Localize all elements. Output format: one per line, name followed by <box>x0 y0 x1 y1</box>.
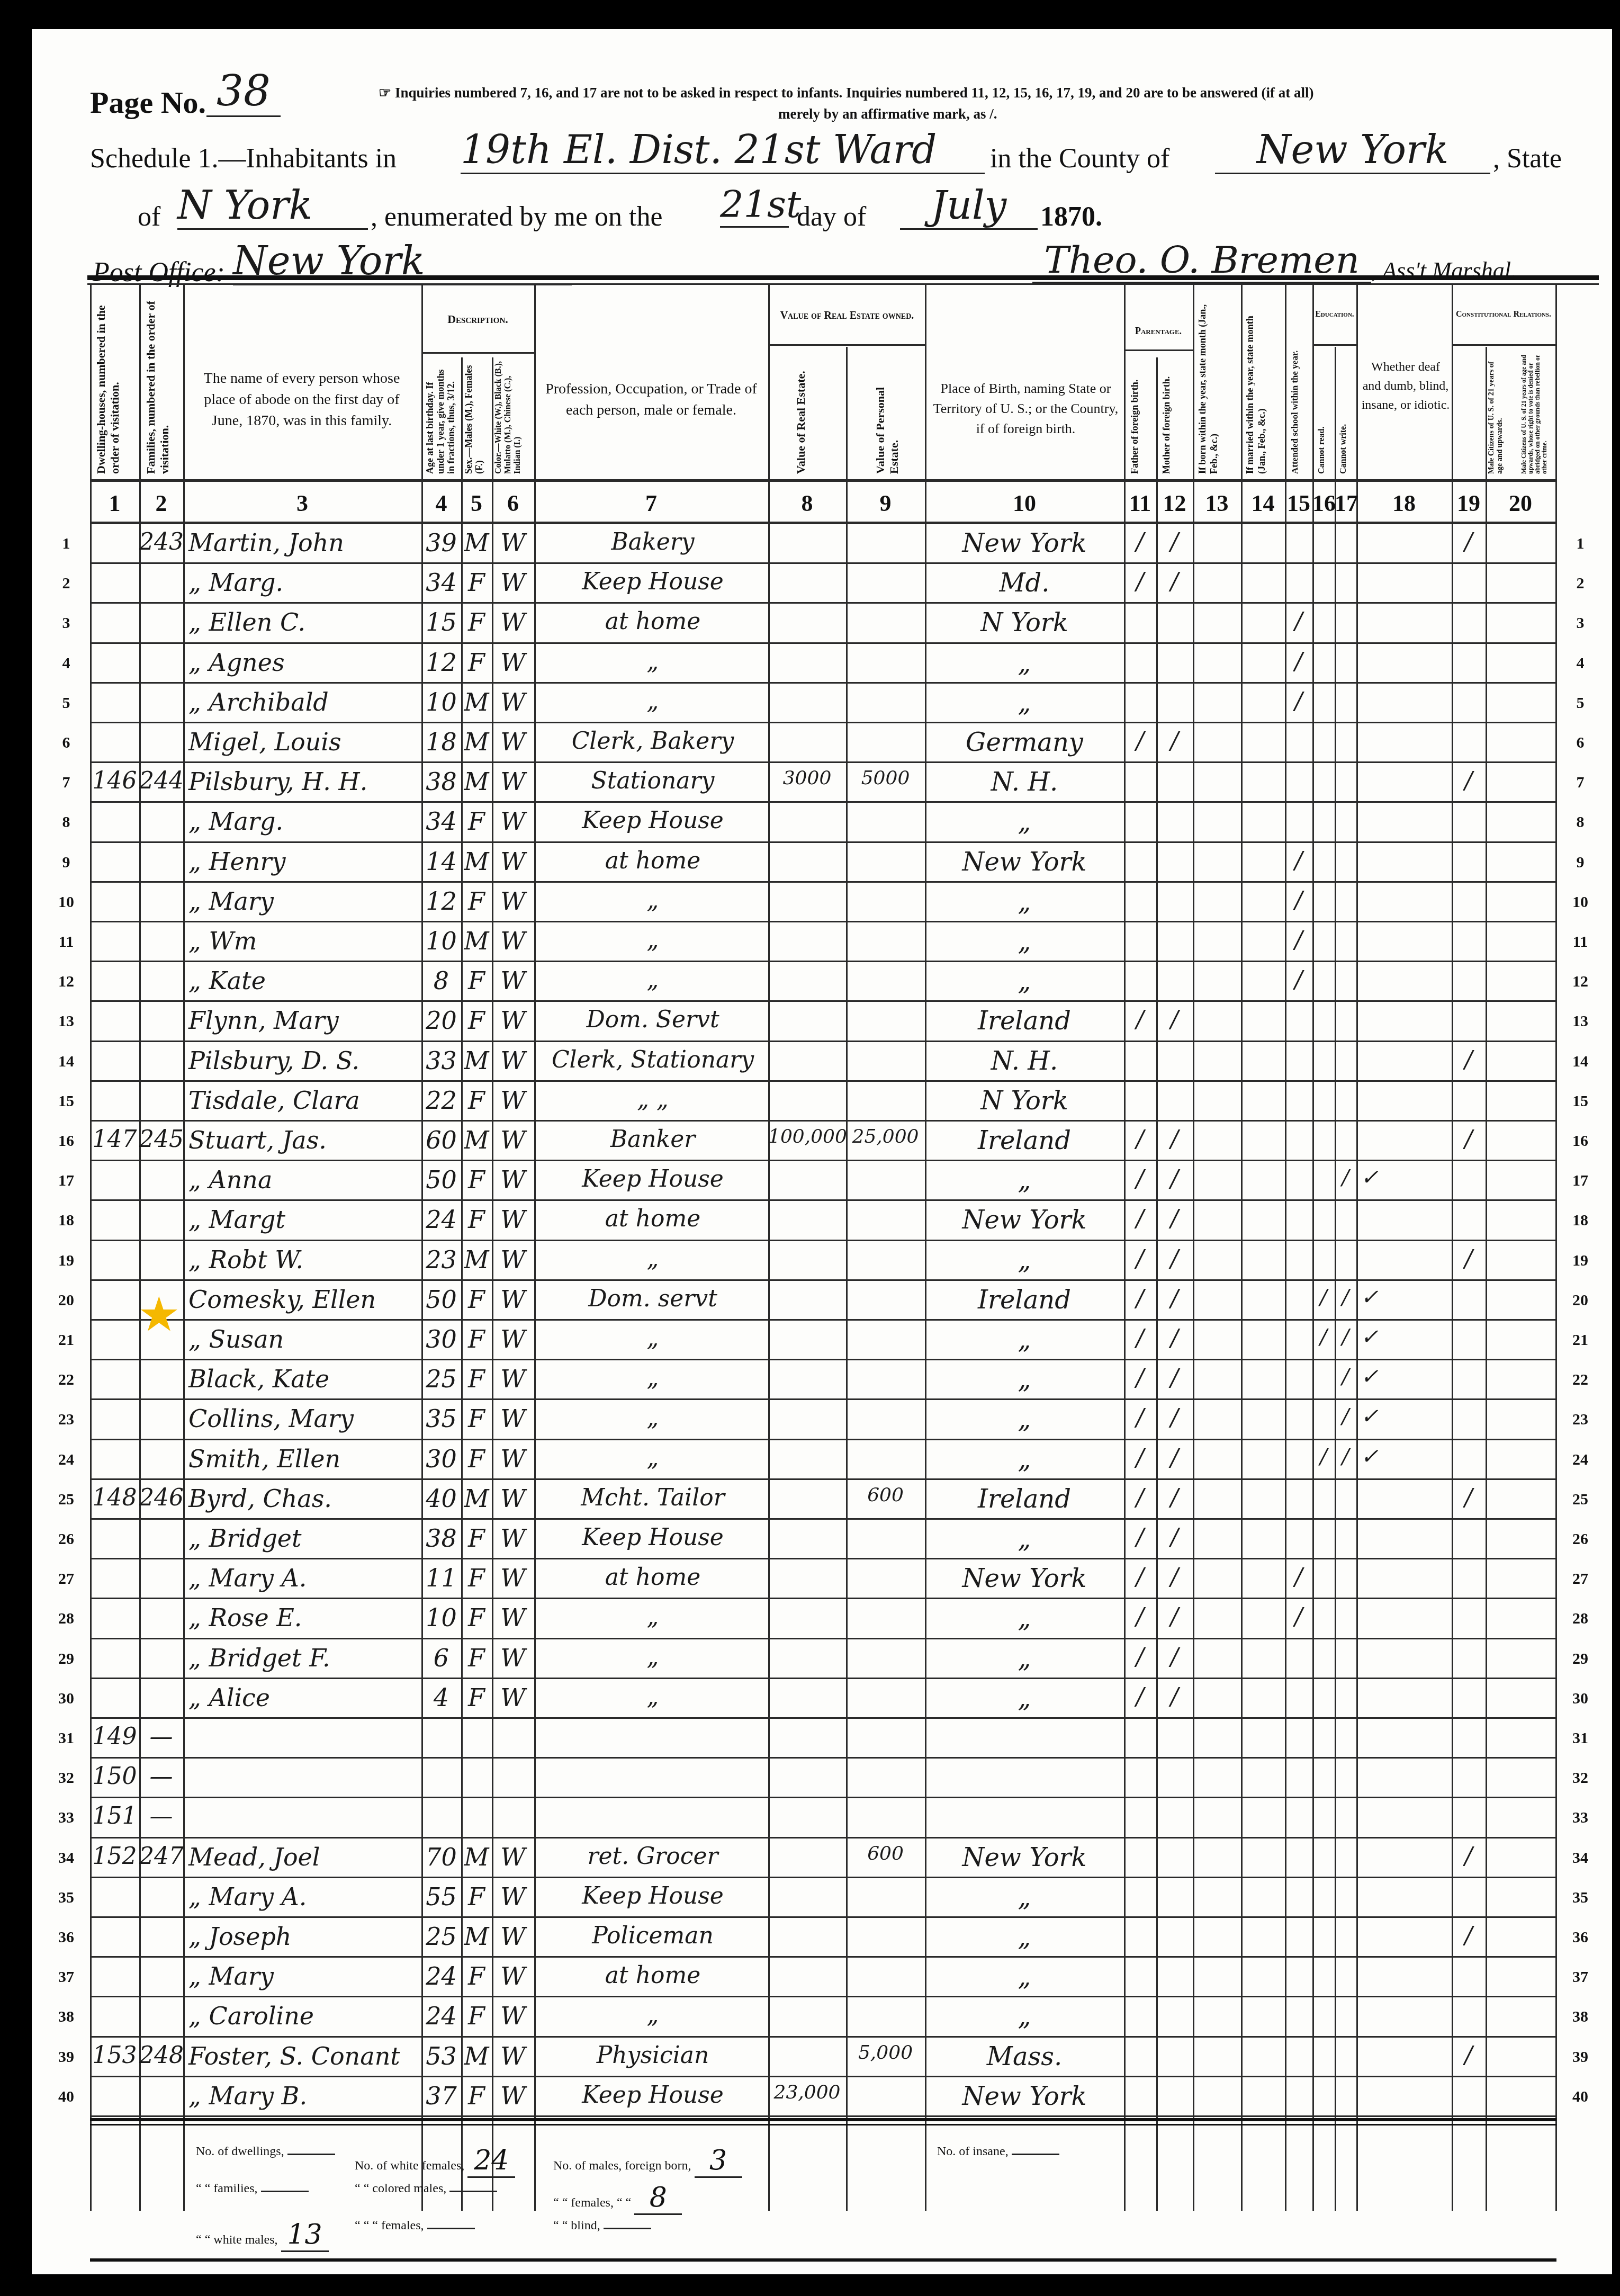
line-number-right: 29 <box>1567 1650 1594 1668</box>
line-number-right: 21 <box>1567 1331 1594 1349</box>
footer-top-rule <box>90 2118 1556 2121</box>
line-number-left: 4 <box>53 654 79 672</box>
blind-label: “ “ blind, <box>553 2219 600 2232</box>
cell-age: 40 <box>421 1484 461 1513</box>
cell-dwelling: 152 <box>90 1843 139 1870</box>
cell-age: 38 <box>421 767 461 796</box>
white-males-value: 13 <box>281 2219 329 2252</box>
cell-school: / <box>1285 887 1312 914</box>
row-rule <box>90 1996 1556 1997</box>
cell-birthplace: Ireland <box>925 1484 1124 1514</box>
cell-color: W <box>492 2002 534 2030</box>
col-header-birthplace: Place of Birth, naming State or Territor… <box>932 379 1120 439</box>
row-rule <box>90 562 1556 564</box>
cell-father-foreign: / <box>1124 1644 1156 1671</box>
line-number-left: 32 <box>53 1769 79 1787</box>
cell-birthplace: „ <box>925 966 1124 996</box>
cell-sex: M <box>461 1245 492 1274</box>
cell-occupation: „ <box>537 1603 768 1630</box>
col-number: 4 <box>421 490 461 517</box>
cell-name: „ Susan <box>188 1325 421 1353</box>
insane-value <box>1012 2154 1059 2155</box>
col-number: 16 <box>1312 490 1335 517</box>
line-number-left: 7 <box>53 774 79 792</box>
cell-color: W <box>492 1205 534 1234</box>
line-number-right: 27 <box>1567 1570 1594 1588</box>
cell-family: — <box>139 1763 183 1790</box>
row-rule <box>90 961 1556 962</box>
dwellings-label: No. of dwellings, <box>196 2145 284 2158</box>
col-number: 8 <box>768 490 846 517</box>
cell-age: 6 <box>421 1644 461 1672</box>
line-number-left: 5 <box>53 694 79 712</box>
col-number: 11 <box>1124 490 1156 517</box>
line-number-right: 7 <box>1567 774 1594 792</box>
cell-age: 34 <box>421 568 461 597</box>
row-rule <box>90 2115 1556 2117</box>
cell-mother-foreign: / <box>1156 1245 1193 1272</box>
cell-read: / <box>1312 1445 1335 1469</box>
cell-name: „ Mary A. <box>188 1882 421 1911</box>
cell-family: 245 <box>139 1126 183 1153</box>
line-number-left: 34 <box>53 1849 79 1867</box>
row-rule <box>90 1279 1556 1281</box>
cell-age: 60 <box>421 1126 461 1154</box>
cell-dwelling: 148 <box>90 1484 139 1511</box>
month-field: July <box>900 183 1038 230</box>
cell-color: W <box>492 966 534 995</box>
county-label: in the County of <box>990 143 1169 174</box>
line-number-left: 6 <box>53 734 79 752</box>
line-number-right: 39 <box>1567 2048 1594 2066</box>
line-number-left: 14 <box>53 1053 79 1071</box>
row-rule <box>90 1956 1556 1958</box>
col-header-born-within-year: If born within the year, state month (Ja… <box>1196 294 1239 474</box>
row-rule <box>90 1439 1556 1440</box>
col-header-father-foreign: Father of foreign birth. <box>1128 360 1154 474</box>
colored-females-label: “ “ “ females, <box>355 2219 424 2232</box>
col-line <box>1285 283 1286 2211</box>
footer-white-males: “ “ white males, 13 <box>196 2219 329 2252</box>
cell-father-foreign: / <box>1124 1285 1156 1312</box>
cell-dwelling: 150 <box>90 1763 139 1790</box>
col-number: 20 <box>1486 490 1555 517</box>
cell-extra: ✓ <box>1356 1325 1383 1349</box>
col-header-cannot-write: Cannot write. <box>1337 400 1356 474</box>
line-number-right: 17 <box>1567 1172 1594 1190</box>
cell-sex: F <box>461 887 492 916</box>
cell-age: 25 <box>421 1922 461 1951</box>
line-number-left: 15 <box>53 1092 79 1110</box>
cell-occupation: „ <box>537 1683 768 1710</box>
cell-age: 18 <box>421 728 461 756</box>
day-of-label: day of <box>797 201 866 232</box>
cell-personal: 600 <box>846 1484 925 1506</box>
instructions-line-1: ☞ Inquiries numbered 7, 16, and 17 are n… <box>379 85 1314 101</box>
cell-name: Comesky, Ellen <box>188 1285 421 1314</box>
cell-color: W <box>492 1524 534 1553</box>
cell-birthplace: „ <box>925 1365 1124 1394</box>
cell-color: W <box>492 1644 534 1672</box>
cell-sex: F <box>461 1683 492 1712</box>
cell-occupation: Mcht. Tailor <box>537 1484 768 1511</box>
line-number-right: 36 <box>1567 1929 1594 1947</box>
cell-birthplace: „ <box>925 1882 1124 1912</box>
cell-color: W <box>492 767 534 796</box>
cell-sex: M <box>461 767 492 796</box>
cell-citizen: / <box>1452 1046 1486 1073</box>
cell-read: / <box>1312 1285 1335 1310</box>
row-rule <box>90 2076 1556 2077</box>
cell-birthplace: „ <box>925 1245 1124 1275</box>
cell-birthplace: „ <box>925 1404 1124 1434</box>
cell-sex: F <box>461 1365 492 1393</box>
cell-occupation: „ <box>537 887 768 914</box>
cell-color: W <box>492 568 534 597</box>
line-number-left: 8 <box>53 813 79 831</box>
line-number-right: 38 <box>1567 2008 1594 2026</box>
cell-citizen: / <box>1452 528 1486 555</box>
group-rule <box>421 352 534 354</box>
cell-read: / <box>1312 1325 1335 1349</box>
cell-color: W <box>492 1126 534 1154</box>
cell-birthplace: New York <box>925 847 1124 877</box>
line-number-left: 20 <box>53 1291 79 1310</box>
cell-age: 25 <box>421 1365 461 1393</box>
footer-top-rule-thin <box>90 2124 1556 2125</box>
col-header-family: Families, numbered in the order of visit… <box>144 294 181 474</box>
line-number-right: 5 <box>1567 694 1594 712</box>
cell-sex: M <box>461 1843 492 1871</box>
line-number-right: 15 <box>1567 1092 1594 1110</box>
cell-sex: F <box>461 1564 492 1592</box>
families-label: “ “ families, <box>196 2182 258 2195</box>
row-rule <box>90 1717 1556 1719</box>
cell-father-foreign: / <box>1124 1325 1156 1352</box>
year-label: 1870. <box>1040 201 1102 232</box>
col-line <box>183 283 185 2211</box>
footer-families: “ “ families, <box>196 2182 309 2196</box>
cell-mother-foreign: / <box>1156 1644 1193 1671</box>
line-number-left: 3 <box>53 614 79 632</box>
enumerated-label: , enumerated by me on the <box>371 201 663 232</box>
cell-birthplace: „ <box>925 688 1124 718</box>
col-header-cannot-read: Cannot read. <box>1315 400 1334 474</box>
col-number: 6 <box>492 490 534 517</box>
line-number-left: 12 <box>53 973 79 991</box>
cell-birthplace: New York <box>925 1564 1124 1593</box>
instructions-line-2: merely by an affirmative mark, as /. <box>778 106 997 122</box>
cell-occupation: at home <box>537 1205 768 1232</box>
cell-birthplace: „ <box>925 648 1124 678</box>
cell-birthplace: „ <box>925 1922 1124 1952</box>
col-line <box>1555 283 1557 2211</box>
cell-sex: F <box>461 648 492 677</box>
line-number-left: 21 <box>53 1331 79 1349</box>
cell-mother-foreign: / <box>1156 528 1193 555</box>
group-rule <box>1452 344 1555 346</box>
blind-value <box>604 2228 651 2229</box>
cell-mother-foreign: / <box>1156 1564 1193 1591</box>
cell-citizen: / <box>1452 1245 1486 1272</box>
cell-name: Migel, Louis <box>188 728 421 756</box>
cell-father-foreign: / <box>1124 728 1156 755</box>
cell-mother-foreign: / <box>1156 1365 1193 1392</box>
col-group-education: Education. <box>1313 310 1356 319</box>
cell-name: „ Bridget F. <box>188 1644 421 1672</box>
line-number-left: 36 <box>53 1929 79 1947</box>
line-number-right: 31 <box>1567 1729 1594 1747</box>
cell-sex: F <box>461 1285 492 1314</box>
cell-age: 10 <box>421 1603 461 1632</box>
line-number-left: 9 <box>53 854 79 872</box>
cell-family: 244 <box>139 767 183 794</box>
cell-mother-foreign: / <box>1156 1285 1193 1312</box>
cell-sex: M <box>461 1126 492 1154</box>
cell-birthplace: „ <box>925 927 1124 956</box>
row-rule <box>90 1000 1556 1002</box>
county-field: New York <box>1215 127 1490 174</box>
cell-name: „ Kate <box>188 966 421 995</box>
line-number-right: 10 <box>1567 893 1594 911</box>
cell-age: 14 <box>421 847 461 876</box>
cell-color: W <box>492 1445 534 1473</box>
row-rule <box>90 1916 1556 1918</box>
col-header-married-within-year: If married within the year, state month … <box>1244 294 1283 474</box>
line-number-left: 17 <box>53 1172 79 1190</box>
col-group-parentage: Parentage. <box>1125 326 1192 337</box>
cell-sex: F <box>461 1962 492 1990</box>
cell-father-foreign: / <box>1124 1445 1156 1472</box>
colored-males-label: “ “ colored males, <box>355 2182 446 2195</box>
row-rule <box>90 1398 1556 1400</box>
group-rule <box>1312 344 1356 346</box>
cell-occupation: Stationary <box>537 767 768 794</box>
cell-color: W <box>492 887 534 916</box>
line-number-right: 9 <box>1567 854 1594 872</box>
cell-birthplace: „ <box>925 1962 1124 1992</box>
cell-mother-foreign: / <box>1156 1445 1193 1472</box>
footer-females-foreign: “ “ females, “ “ 8 <box>553 2182 682 2215</box>
cell-dwelling: 153 <box>90 2042 139 2069</box>
line-number-right: 3 <box>1567 614 1594 632</box>
cell-color: W <box>492 2082 534 2110</box>
cell-mother-foreign: / <box>1156 1404 1193 1431</box>
cell-father-foreign: / <box>1124 1165 1156 1192</box>
cell-age: 24 <box>421 2002 461 2030</box>
col-header-disability: Whether deaf and dumb, blind, insane, or… <box>1361 357 1451 415</box>
cell-birthplace: „ <box>925 1603 1124 1633</box>
cell-dwelling: 146 <box>90 767 139 794</box>
state-label: , State <box>1493 143 1562 174</box>
cell-name: „ Ellen C. <box>188 608 421 636</box>
cell-father-foreign: / <box>1124 1126 1156 1153</box>
row-rule <box>90 2036 1556 2038</box>
cell-sex: M <box>461 927 492 955</box>
cell-occupation: „ <box>537 1325 768 1352</box>
row-rule <box>90 921 1556 922</box>
cell-birthplace: „ <box>925 2002 1124 2031</box>
cell-mother-foreign: / <box>1156 1683 1193 1710</box>
cell-color: W <box>492 1285 534 1314</box>
cell-color: W <box>492 528 534 557</box>
cell-father-foreign: / <box>1124 1365 1156 1392</box>
line-number-right: 19 <box>1567 1252 1594 1270</box>
col-group-value: Value of Real Estate owned. <box>770 310 924 322</box>
cell-school: / <box>1285 648 1312 675</box>
cell-name: „ Henry <box>188 847 421 876</box>
cell-occupation: „ <box>537 1644 768 1671</box>
cell-occupation: „ <box>537 1404 768 1431</box>
cell-occupation: Clerk, Bakery <box>537 728 768 755</box>
line-number-right: 40 <box>1567 2088 1594 2106</box>
table-top-rule <box>87 275 1599 280</box>
cell-personal: 25,000 <box>846 1126 925 1147</box>
cell-occupation: „ <box>537 927 768 954</box>
cell-mother-foreign: / <box>1156 1524 1193 1551</box>
cell-citizen: / <box>1452 1922 1486 1949</box>
cell-sex: M <box>461 847 492 876</box>
line-number-right: 4 <box>1567 654 1594 672</box>
line-number-left: 29 <box>53 1650 79 1668</box>
cell-mother-foreign: / <box>1156 1165 1193 1192</box>
line-number-right: 11 <box>1567 933 1594 951</box>
col-header-attended-school: Attended school within the year. <box>1288 294 1310 474</box>
cell-color: W <box>492 807 534 836</box>
line-number-left: 35 <box>53 1889 79 1907</box>
cell-name: Pilsbury, D. S. <box>188 1046 421 1075</box>
cell-birthplace: Germany <box>925 728 1124 757</box>
cell-citizen: / <box>1452 1484 1486 1511</box>
cell-write: / <box>1335 1165 1356 1190</box>
cell-sex: M <box>461 728 492 756</box>
cell-extra: ✓ <box>1356 1365 1383 1389</box>
cell-name: Mead, Joel <box>188 1843 421 1871</box>
cell-color: W <box>492 2042 534 2070</box>
cell-father-foreign: / <box>1124 568 1156 595</box>
cell-birthplace: New York <box>925 1843 1124 1872</box>
row-rule <box>90 1080 1556 1082</box>
cell-sex: F <box>461 568 492 597</box>
table-top-rule-thin <box>87 283 1599 285</box>
col-number: 12 <box>1156 490 1193 517</box>
cell-write: / <box>1335 1365 1356 1389</box>
footer-blind: “ “ blind, <box>553 2219 651 2233</box>
row-rule <box>90 722 1556 723</box>
line-number-left: 24 <box>53 1451 79 1469</box>
cell-father-foreign: / <box>1124 1484 1156 1511</box>
col-header-male-citizens: Male Citizens of U. S. of 21 years of ag… <box>1488 349 1519 474</box>
cell-citizen: / <box>1452 767 1486 794</box>
cell-birthplace: „ <box>925 1445 1124 1474</box>
col-number: 18 <box>1356 490 1452 517</box>
row-rule <box>90 1678 1556 1679</box>
row-rule <box>90 682 1556 684</box>
cell-occupation: Dom. servt <box>537 1285 768 1312</box>
cell-name: „ Alice <box>188 1683 421 1712</box>
cell-name: „ Robt W. <box>188 1245 421 1274</box>
line-number-left: 1 <box>53 535 79 553</box>
col-number: 14 <box>1241 490 1285 517</box>
page-label: Page No. <box>90 85 206 120</box>
cell-name: Byrd, Chas. <box>188 1484 421 1513</box>
cell-name: Flynn, Mary <box>188 1006 421 1035</box>
line-number-right: 33 <box>1567 1809 1594 1827</box>
col-number: 3 <box>183 490 421 517</box>
row-rule <box>90 841 1556 843</box>
cell-color: W <box>492 1564 534 1592</box>
row-rule <box>90 1558 1556 1559</box>
page-number: 38 <box>206 66 281 117</box>
col-number: 1 <box>90 490 139 517</box>
cell-age: 23 <box>421 1245 461 1274</box>
cell-mother-foreign: / <box>1156 1205 1193 1232</box>
cell-write: / <box>1335 1445 1356 1469</box>
cell-occupation: at home <box>537 1962 768 1989</box>
line-number-right: 37 <box>1567 1968 1594 1986</box>
cell-birthplace: „ <box>925 1524 1124 1554</box>
cell-birthplace: Ireland <box>925 1126 1124 1155</box>
cell-color: W <box>492 1922 534 1951</box>
cell-color: W <box>492 1325 534 1353</box>
row-rule <box>90 642 1556 644</box>
cell-birthplace: Ireland <box>925 1006 1124 1036</box>
line-number-right: 6 <box>1567 734 1594 752</box>
cell-extra: ✓ <box>1356 1165 1383 1190</box>
cell-color: W <box>492 1683 534 1712</box>
cell-school: / <box>1285 1564 1312 1591</box>
cell-citizen: / <box>1452 2042 1486 2069</box>
cell-birthplace: N. H. <box>925 1046 1124 1076</box>
cell-occupation: Dom. Servt <box>537 1006 768 1033</box>
cell-school: / <box>1285 688 1312 715</box>
line-number-right: 1 <box>1567 535 1594 553</box>
footer-white-females: No. of white females, 24 <box>355 2145 515 2178</box>
cell-personal: 5000 <box>846 767 925 789</box>
white-females-label: No. of white females, <box>355 2159 464 2173</box>
families-value <box>261 2191 309 2192</box>
cell-mother-foreign: / <box>1156 568 1193 595</box>
cell-name: „ Joseph <box>188 1922 421 1951</box>
cell-birthplace: „ <box>925 1165 1124 1195</box>
col-header-personal-estate: Value of Personal Estate. <box>874 357 905 474</box>
line-number-left: 2 <box>53 575 79 593</box>
row-rule <box>90 1877 1556 1878</box>
cell-age: 37 <box>421 2082 461 2110</box>
row-rule <box>90 1199 1556 1201</box>
cell-name: „ Archibald <box>188 688 421 716</box>
col-line <box>1156 357 1158 2211</box>
cell-father-foreign: / <box>1124 1683 1156 1710</box>
cell-name: Tisdale, Clara <box>188 1086 421 1115</box>
cell-color: W <box>492 1882 534 1911</box>
cell-birthplace: „ <box>925 1325 1124 1355</box>
insane-label: No. of insane, <box>937 2145 1009 2158</box>
cell-name: Black, Kate <box>188 1365 421 1393</box>
cell-age: 30 <box>421 1445 461 1473</box>
row-rule <box>90 1478 1556 1480</box>
col-number: 17 <box>1335 490 1356 517</box>
col-header-name: The name of every person whose place of … <box>191 368 413 432</box>
footer-bottom-rule <box>90 2258 1556 2262</box>
row-rule <box>90 761 1556 763</box>
males-foreign-label: No. of males, foreign born, <box>553 2159 691 2173</box>
line-number-left: 26 <box>53 1530 79 1548</box>
cell-occupation: Policeman <box>537 1922 768 1949</box>
col-header-vote-denied: Male Citizens of U. S. of 21 years of ag… <box>1520 349 1554 474</box>
line-number-right: 30 <box>1567 1690 1594 1708</box>
cell-age: 70 <box>421 1843 461 1871</box>
